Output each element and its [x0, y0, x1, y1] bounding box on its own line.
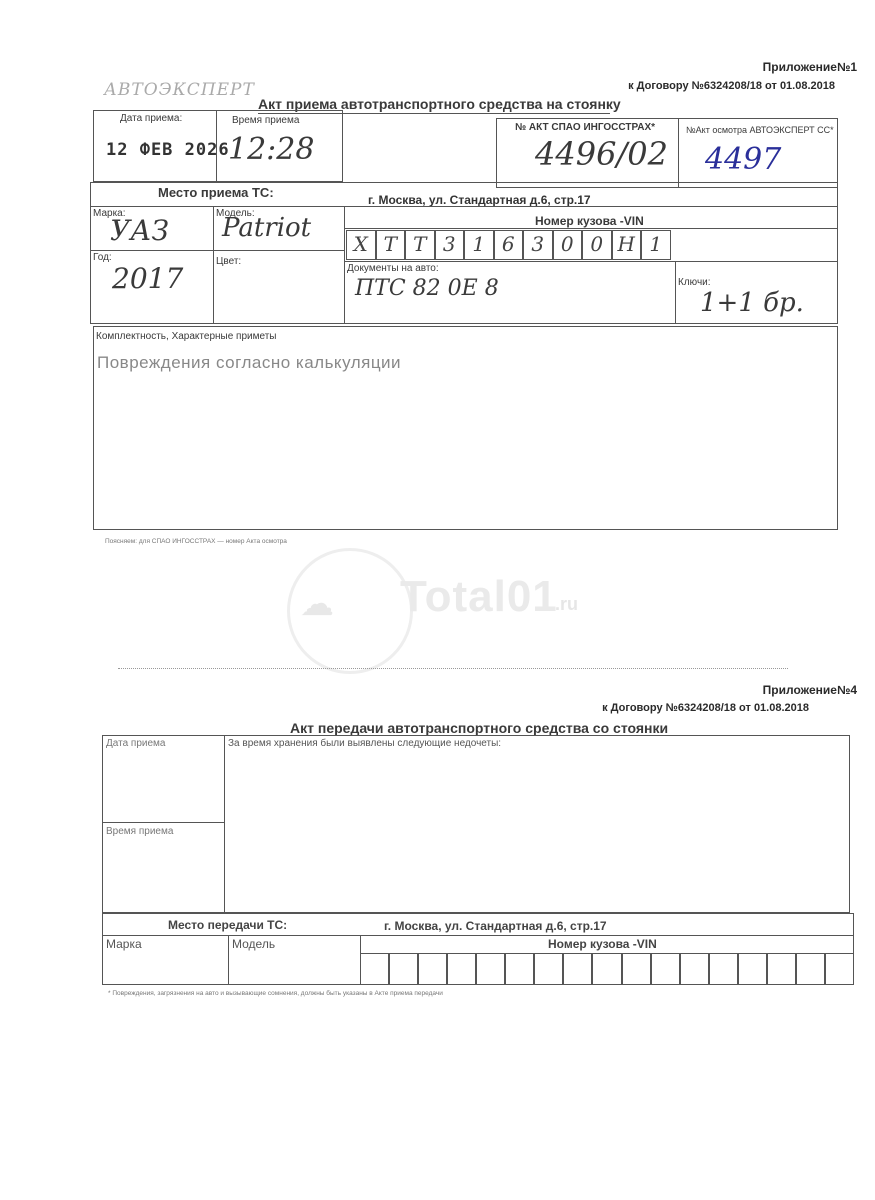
vin-cell: X	[346, 230, 376, 260]
vin-empty-cell	[389, 953, 418, 985]
vin-empty-cell	[622, 953, 651, 985]
vin-cell: T	[405, 230, 435, 260]
features-value: Повреждения согласно калькуляции	[97, 353, 401, 373]
vin-cell: T	[376, 230, 406, 260]
bottom-vin-label: Номер кузова -VIN	[548, 937, 657, 951]
act-ingos-value: 4496/02	[535, 135, 668, 173]
vin-cell: 1	[641, 230, 671, 260]
act-ingos-label: № АКТ СПАО ИНГОССТРАХ*	[515, 122, 655, 133]
divider	[90, 250, 344, 251]
divider	[344, 261, 838, 262]
divider	[344, 228, 838, 229]
divider	[224, 735, 225, 913]
bottom-date-label: Дата приема	[106, 738, 165, 749]
vin-empty-cell	[825, 953, 854, 985]
features-label: Комплектность, Характерные приметы	[96, 331, 277, 342]
date-stamp: 12 ФЕВ 2026	[106, 140, 230, 160]
annex-title-4: Приложение№4	[763, 683, 857, 697]
divider	[213, 206, 214, 324]
keys-label: Ключи:	[678, 277, 711, 288]
vin-empty-cell	[592, 953, 621, 985]
car-cloud-icon: ☁	[300, 584, 334, 624]
vin-label: Номер кузова -VIN	[535, 214, 644, 228]
vin-cell: 0	[553, 230, 583, 260]
defects-table	[102, 735, 850, 913]
divider	[102, 822, 224, 823]
watermark-text: Total01	[400, 572, 558, 622]
docs-label: Документы на авто:	[347, 263, 439, 274]
act-autoexpert-label: №Акт осмотра АВТОЭКСПЕРТ СС*	[686, 125, 834, 135]
vin-cell: 1	[464, 230, 494, 260]
vin-empty-cell	[563, 953, 592, 985]
bottom-form-title: Акт передачи автотранспортного средства …	[290, 720, 668, 736]
top-footnote: Поясняем: для СПАО ИНГОССТРАХ — номер Ак…	[105, 538, 287, 545]
vin-empty-cell	[651, 953, 680, 985]
bottom-place-value: г. Москва, ул. Стандартная д.6, стр.17	[384, 919, 607, 933]
vin-empty-cell	[709, 953, 738, 985]
time-label: Время приема	[232, 115, 299, 126]
logo-autoexpert: АВТОЭКСПЕРТ	[104, 80, 255, 100]
vin-empty-cell	[418, 953, 447, 985]
divider	[344, 206, 345, 324]
place-label: Место приема ТС:	[158, 185, 274, 200]
vin-cell: 6	[494, 230, 524, 260]
color-label: Цвет:	[216, 256, 241, 267]
year-value: 2017	[112, 262, 183, 295]
vin-empty-cell	[505, 953, 534, 985]
vin-empty-cell	[767, 953, 796, 985]
vin-cell: H	[612, 230, 642, 260]
make-value: УАЗ	[110, 214, 169, 247]
vin-empty-cell	[476, 953, 505, 985]
model-value: Patriot	[222, 213, 311, 243]
divider	[228, 935, 229, 985]
defects-label: За время хранения были выявлены следующи…	[228, 738, 501, 749]
vin-empty-cell	[360, 953, 389, 985]
annex-title: Приложение№1	[763, 60, 857, 74]
vin-empty-cell	[680, 953, 709, 985]
bottom-make-label: Марка	[106, 937, 142, 951]
bottom-time-label: Время приема	[106, 826, 173, 837]
year-label: Год:	[93, 252, 112, 263]
cut-line	[118, 668, 788, 669]
date-label: Дата приема:	[120, 113, 182, 124]
vin-cell: 3	[435, 230, 465, 260]
place-value: г. Москва, ул. Стандартная д.6, стр.17	[368, 193, 591, 207]
time-value: 12:28	[228, 132, 314, 167]
docs-value: ПТС 82 0Е 8	[355, 276, 499, 301]
vin-empty-cell	[738, 953, 767, 985]
watermark-suffix: .ru	[555, 594, 578, 615]
keys-value: 1+1 бр.	[700, 288, 804, 318]
divider	[675, 261, 676, 324]
annex-contract-4: к Договору №6324208/18 от 01.08.2018	[602, 702, 809, 714]
annex-contract: к Договору №6324208/18 от 01.08.2018	[628, 80, 835, 92]
vin-empty-cell	[447, 953, 476, 985]
bottom-model-label: Модель	[232, 937, 275, 951]
vin-empty-cell	[534, 953, 563, 985]
vin-cell: 3	[523, 230, 553, 260]
divider	[678, 118, 679, 188]
divider	[102, 935, 854, 936]
vin-cell: 0	[582, 230, 612, 260]
bottom-footnote: * Повреждения, загрязнения на авто и выз…	[108, 990, 443, 997]
divider	[90, 206, 838, 207]
vin-empty-cell	[796, 953, 825, 985]
act-autoexpert-value: 4497	[705, 142, 781, 177]
bottom-place-label: Место передачи ТС:	[168, 918, 287, 932]
